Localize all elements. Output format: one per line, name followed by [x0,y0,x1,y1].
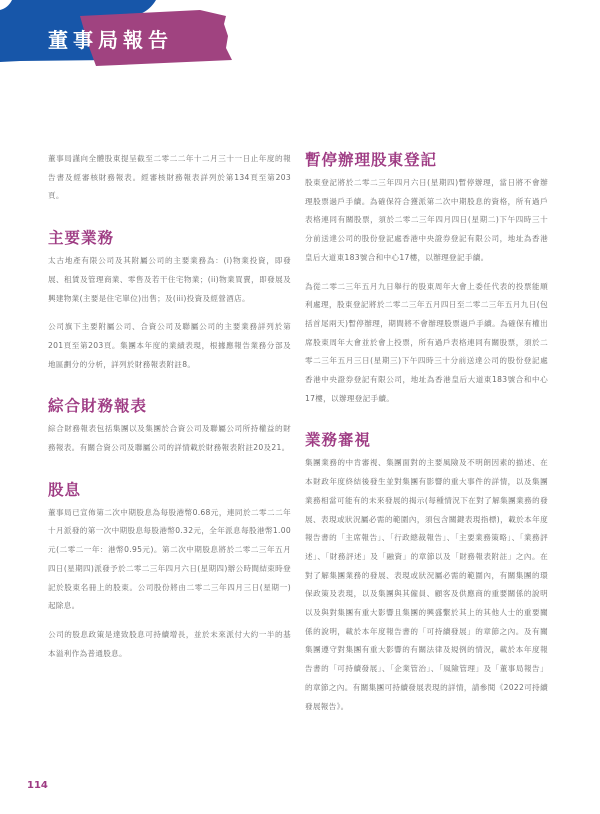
paragraph: 股東登記將於二零二三年四月六日(星期四)暫停辦理，當日將不會辦理股票過戶手續。為… [305,174,548,268]
paragraph: 公司的股息政策是達致股息可持續增長，並於未來派付大約一半的基本溢利作為普通股息。 [48,626,291,663]
page-title: 董事局報告 [48,28,173,52]
section-principal-activities: 主要業務 太古地產有限公司及其附屬公司的主要業務為：(i)物業投資，即發展、租賃… [48,228,291,374]
paragraph: 為從二零二三年五月九日舉行的股東周年大會上委任代表的投票能順利處理，股東登記將於… [305,278,548,409]
section-business-review: 業務審視 集團業務的中肯審視、集團面對的主要風險及不明朗因素的描述、在本財政年度… [305,430,548,716]
paragraph: 集團業務的中肯審視、集團面對的主要風險及不明朗因素的描述、在本財政年度終結後發生… [305,454,548,716]
section-heading: 綜合財務報表 [48,396,291,416]
section-closure-of-register: 暫停辦理股東登記 股東登記將於二零二三年四月六日(星期四)暫停辦理，當日將不會辦… [305,150,548,408]
paragraph: 公司旗下主要附屬公司、合資公司及聯屬公司的主要業務詳列於第201頁至第203頁。… [48,318,291,374]
section-heading: 股息 [48,480,291,500]
paragraph: 董事局已宣佈第二次中期股息為每股港幣0.68元，連同於二零二二年十月派發的第一次… [48,504,291,616]
intro-paragraph: 董事局謹向全體股東提呈截至二零二二年十二月三十一日止年度的報告書及經審核財務報表… [48,150,291,206]
section-heading: 主要業務 [48,228,291,248]
section-dividends: 股息 董事局已宣佈第二次中期股息為每股港幣0.68元，連同於二零二二年十月派發的… [48,480,291,664]
left-column: 董事局謹向全體股東提呈截至二零二二年十二月三十一日止年度的報告書及經審核財務報表… [48,150,291,673]
right-column: 暫停辦理股東登記 股東登記將於二零二三年四月六日(星期四)暫停辦理，當日將不會辦… [305,150,548,726]
section-consolidated-statements: 綜合財務報表 綜合財務報表包括集團以及集團於合資公司及聯屬公司所持權益的財務報表… [48,396,291,457]
section-heading: 暫停辦理股東登記 [305,150,548,170]
page-number: 114 [27,780,48,791]
section-heading: 業務審視 [305,430,548,450]
paragraph: 太古地產有限公司及其附屬公司的主要業務為：(i)物業投資，即發展、租賃及管理商業… [48,252,291,308]
paragraph: 綜合財務報表包括集團以及集團於合資公司及聯屬公司所持權益的財務報表。有關合資公司… [48,420,291,457]
